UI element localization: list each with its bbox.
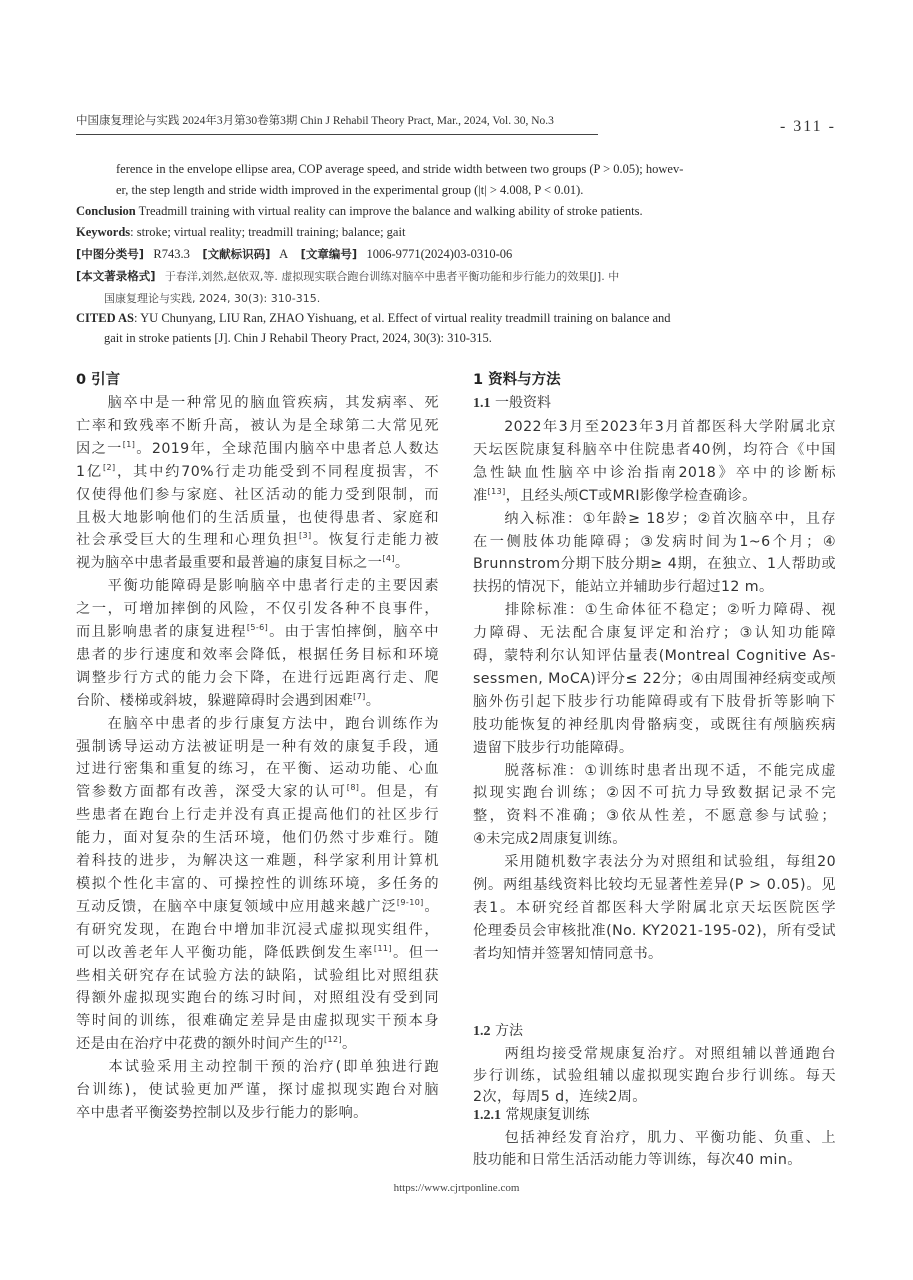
- text-line: 些相关研究存在试验方法的缺陷，试验组比对照组获: [76, 965, 439, 985]
- text-line: 急性缺血性脑卒中诊治指南2018》卒中的诊断标: [473, 462, 836, 482]
- subsection-1-1: 1.1 一般资料: [473, 392, 551, 412]
- text-line: 视为脑卒中患者最重要和最普遍的康复目标之一[4]。: [76, 552, 409, 572]
- text-line: 管参数方面都有改善，深受大家的认可[8]。但是，有: [76, 781, 439, 801]
- subsection-title: 常规康复训练: [501, 1107, 589, 1123]
- text-line: 肢功能恢复的神经肌肉骨骼病变，或既往有颅脑疾病: [473, 714, 836, 734]
- text-line: 仅使得他们参与家庭、社区活动的能力受到限制，而: [76, 484, 439, 504]
- abstract-results-line-1: ference in the envelope ellipse area, CO…: [116, 162, 683, 177]
- keywords: Keywords: stroke; virtual reality; tread…: [76, 225, 405, 240]
- text-line: 卒中患者平衡姿势控制以及步行能力的影响。: [76, 1102, 368, 1122]
- text-line: 肢功能和日常生活活动能力等训练，每次40 min。: [473, 1149, 802, 1169]
- text-line: 步行训练，试验组辅以虚拟现实跑台步行训练。每天: [473, 1065, 836, 1085]
- text-line: 着科技的进步，为解决这一难题，科学家利用计算机: [76, 850, 439, 870]
- doc-code-value: A: [279, 247, 288, 261]
- text-line: 平衡功能障碍是影响脑卒中患者行走的主要因素: [76, 575, 439, 595]
- text-line: 包括神经发育治疗，肌力、平衡功能、负重、上: [473, 1127, 836, 1147]
- citation-cn-label: [本文著录格式]: [76, 269, 156, 283]
- conclusion-label: Conclusion: [76, 204, 136, 218]
- doc-code-label: [文献标识码]: [202, 247, 270, 261]
- text-line: 台阶、楼梯或斜坡，躲避障碍时会遇到困难[7]。: [76, 690, 380, 710]
- text-line: 调整步行方式的能力会下降，在进行远距离行走、爬: [76, 667, 439, 687]
- text-line: 模拟个性化丰富的、可操控性的训练环境，多任务的: [76, 873, 439, 893]
- text-line: 脱落标准：①训练时患者出现不适，不能完成虚: [473, 760, 836, 780]
- cited-as-text: : YU Chunyang, LIU Ran, ZHAO Yishuang, e…: [134, 311, 671, 325]
- text-line: 脑外伤引起下肢步行功能障碍或有下肢骨折等影响下: [473, 691, 836, 711]
- article-no-value: 1006-9771(2024)03-0310-06: [366, 247, 512, 261]
- keywords-text: : stroke; virtual reality; treadmill tra…: [130, 225, 405, 239]
- citation-ref[interactable]: [8]: [347, 783, 360, 792]
- text-line: 脑卒中是一种常见的脑血管疾病，其发病率、死: [76, 392, 439, 412]
- text-line: 亡率和致残率不断升高，被认为是全球第二大常见死: [76, 415, 439, 435]
- text-line: 台训练)，使试验更加严谨，探讨虚拟现实跑台对脑: [76, 1079, 439, 1099]
- cited-as-label: CITED AS: [76, 311, 134, 325]
- citation-ref[interactable]: [4]: [382, 554, 395, 563]
- text-line: 等时间的训练，很难确定差异是由虚拟现实干预本身: [76, 1010, 439, 1030]
- citation-ref[interactable]: [13]: [488, 487, 506, 496]
- text-line: 且极大地影响他们的生活质量，也使得患者、家庭和: [76, 507, 439, 527]
- text-line: 遗留下肢步行功能障碍。: [473, 737, 633, 757]
- text-line: 扶拐的情况下，能站立并辅助步行超过12 m。: [473, 576, 774, 596]
- text-line: 社会承受巨大的生理和心理负担[3]。恢复行走能力被: [76, 529, 439, 549]
- subsection-number: 1.1: [473, 396, 491, 411]
- text-line: 表1。本研究经首都医科大学附属北京天坛医院医学: [473, 897, 836, 917]
- citation-ref[interactable]: [9-10]: [397, 898, 424, 907]
- text-line: 天坛医院康复科脑卒中住院患者40例，均符合《中国: [473, 439, 836, 459]
- text-line: 本试验采用主动控制干预的治疗(即单独进行跑: [76, 1056, 439, 1076]
- subsection-number: 1.2: [473, 1024, 491, 1039]
- text-line: 在一侧肢体功能障碍；③发病时间为1~6个月；④: [473, 531, 836, 551]
- header-rule: [76, 134, 598, 135]
- text-line: 而且影响患者的康复进程[5-6]。由于害怕摔倒，脑卒中: [76, 621, 439, 641]
- citation-cn-text-2: 国康复理论与实践, 2024, 30(3): 310-315.: [104, 292, 320, 305]
- text-line: 过进行密集和重复的练习，在平衡、运动功能、心血: [76, 758, 439, 778]
- text-line: 能力，面对复杂的生活环境，他们仍然寸步难行。随: [76, 827, 439, 847]
- text-line: 有研究发现，在跑台中增加非沉浸式虚拟现实组件，: [76, 919, 439, 939]
- running-head: 中国康复理论与实践 2024年3月第30卷第3期 Chin J Rehabil …: [76, 112, 554, 128]
- keywords-label: Keywords: [76, 225, 130, 239]
- text-line: 些患者在跑台上行走并没有真正提高他们的社区步行: [76, 804, 439, 824]
- subsection-title: 一般资料: [491, 395, 551, 411]
- citation-ref[interactable]: [1]: [123, 440, 136, 449]
- text-line: 者均知情并签署知情同意书。: [473, 943, 663, 963]
- citation-cn-line-2: 国康复理论与实践, 2024, 30(3): 310-315.: [104, 290, 320, 306]
- text-line: 拟现实跑台训练；②因不可抗力导致数据记录不完: [473, 782, 836, 802]
- text-line: 纳入标准：①年龄≥ 18岁；②首次脑卒中，且存: [473, 508, 836, 528]
- text-line: 之一，可增加摔倒的风险，不仅引发各种不良事件，: [76, 598, 439, 618]
- text-line: 还是由在治疗中花费的额外时间产生的[12]。: [76, 1033, 357, 1053]
- section-heading-methods: 1 资料与方法: [473, 368, 561, 389]
- text-line: 在脑卒中患者的步行康复方法中，跑台训练作为: [76, 713, 439, 733]
- footer-url[interactable]: https://www.cjrtponline.com: [0, 1182, 913, 1194]
- text-line: 因之一[1]。2019年，全球范围内脑卒中患者总人数达: [76, 438, 439, 458]
- cited-as-line-1: CITED AS: YU Chunyang, LIU Ran, ZHAO Yis…: [76, 311, 671, 326]
- classification-line: [中图分类号] R743.3 [文献标识码] A [文章编号] 1006-977…: [76, 246, 512, 262]
- citation-ref[interactable]: [12]: [324, 1035, 342, 1044]
- text-line: 准[13]，且经头颅CT或MRI影像学检查确诊。: [473, 485, 757, 505]
- clc-value: R743.3: [153, 247, 189, 261]
- text-line: ④未完成2周康复训练。: [473, 828, 627, 848]
- text-line: 两组均接受常规康复治疗。对照组辅以普通跑台: [473, 1043, 836, 1063]
- text-line: 可以改善老年人平衡功能，降低跌倒发生率[11]。但一: [76, 942, 439, 962]
- section-heading-introduction: 0 引言: [76, 368, 120, 389]
- cited-as-line-2: gait in stroke patients [J]. Chin J Reha…: [104, 331, 492, 346]
- subsection-number: 1.2.1: [473, 1108, 501, 1123]
- text-line: 力障碍、无法配合康复评定和治疗；③认知功能障: [473, 622, 836, 642]
- subsection-1-2: 1.2 方法: [473, 1020, 523, 1040]
- text-line: 强制诱导运动方法被证明是一种有效的康复手段，通: [76, 736, 439, 756]
- citation-cn-line-1: [本文著录格式] 于春洋,刘然,赵依双,等. 虚拟现实联合跑台训练对脑卒中患者平…: [76, 268, 619, 284]
- citation-ref[interactable]: [5-6]: [247, 623, 268, 632]
- abstract-results-line-2: er, the step length and stride width imp…: [116, 183, 583, 198]
- text-line: 1亿[2]，其中约70%行走功能受到不同程度损害，不: [76, 461, 439, 481]
- text-line: 伦理委员会审核批准(No. KY2021-195-02)，所有受试: [473, 920, 836, 940]
- text-line: 互动反馈，在脑卒中康复领域中应用越来越广泛[9-10]。: [76, 896, 439, 916]
- text-line: sessmen, MoCA)评分≤ 22分；④由周围神经病变或颅: [473, 668, 836, 688]
- text-line: 采用随机数字表法分为对照组和试验组，每组20: [473, 851, 836, 871]
- text-line: 患者的步行速度和效率会降低，根据任务目标和环境: [76, 644, 439, 664]
- text-line: 排除标准：①生命体征不稳定；②听力障碍、视: [473, 599, 836, 619]
- page-number: - 311 -: [780, 118, 836, 136]
- clc-label: [中图分类号]: [76, 247, 144, 261]
- conclusion-text: Treadmill training with virtual reality …: [136, 204, 643, 218]
- article-no-label: [文章编号]: [301, 247, 358, 261]
- text-line: 2次，每周5 d，连续2周。: [473, 1086, 647, 1106]
- text-line: Brunnstrom分期下肢分期≥ 4期，在独立、1人帮助或: [473, 553, 836, 573]
- text-line: 得额外虚拟现实跑台的练习时间，对照组没有受到同: [76, 987, 439, 1007]
- citation-ref[interactable]: [2]: [103, 463, 116, 472]
- citation-cn-text: 于春洋,刘然,赵依双,等. 虚拟现实联合跑台训练对脑卒中患者平衡功能和步行能力的…: [165, 270, 619, 283]
- text-line: 整，资料不准确；③依从性差，不愿意参与试验；: [473, 805, 836, 825]
- citation-ref[interactable]: [11]: [374, 944, 392, 953]
- text-line: 2022年3月至2023年3月首都医科大学附属北京: [473, 416, 836, 436]
- citation-ref[interactable]: [7]: [353, 692, 366, 701]
- abstract-conclusion: Conclusion Treadmill training with virtu…: [76, 204, 643, 219]
- text-line: 碍，蒙特利尔认知评估量表(Montreal Cognitive As-: [473, 645, 836, 665]
- subsection-1-2-1: 1.2.1 常规康复训练: [473, 1104, 589, 1124]
- text-line: 例。两组基线资料比较均无显著性差异(P > 0.05)。见: [473, 874, 836, 894]
- subsection-title: 方法: [491, 1023, 523, 1039]
- citation-ref[interactable]: [3]: [299, 531, 312, 540]
